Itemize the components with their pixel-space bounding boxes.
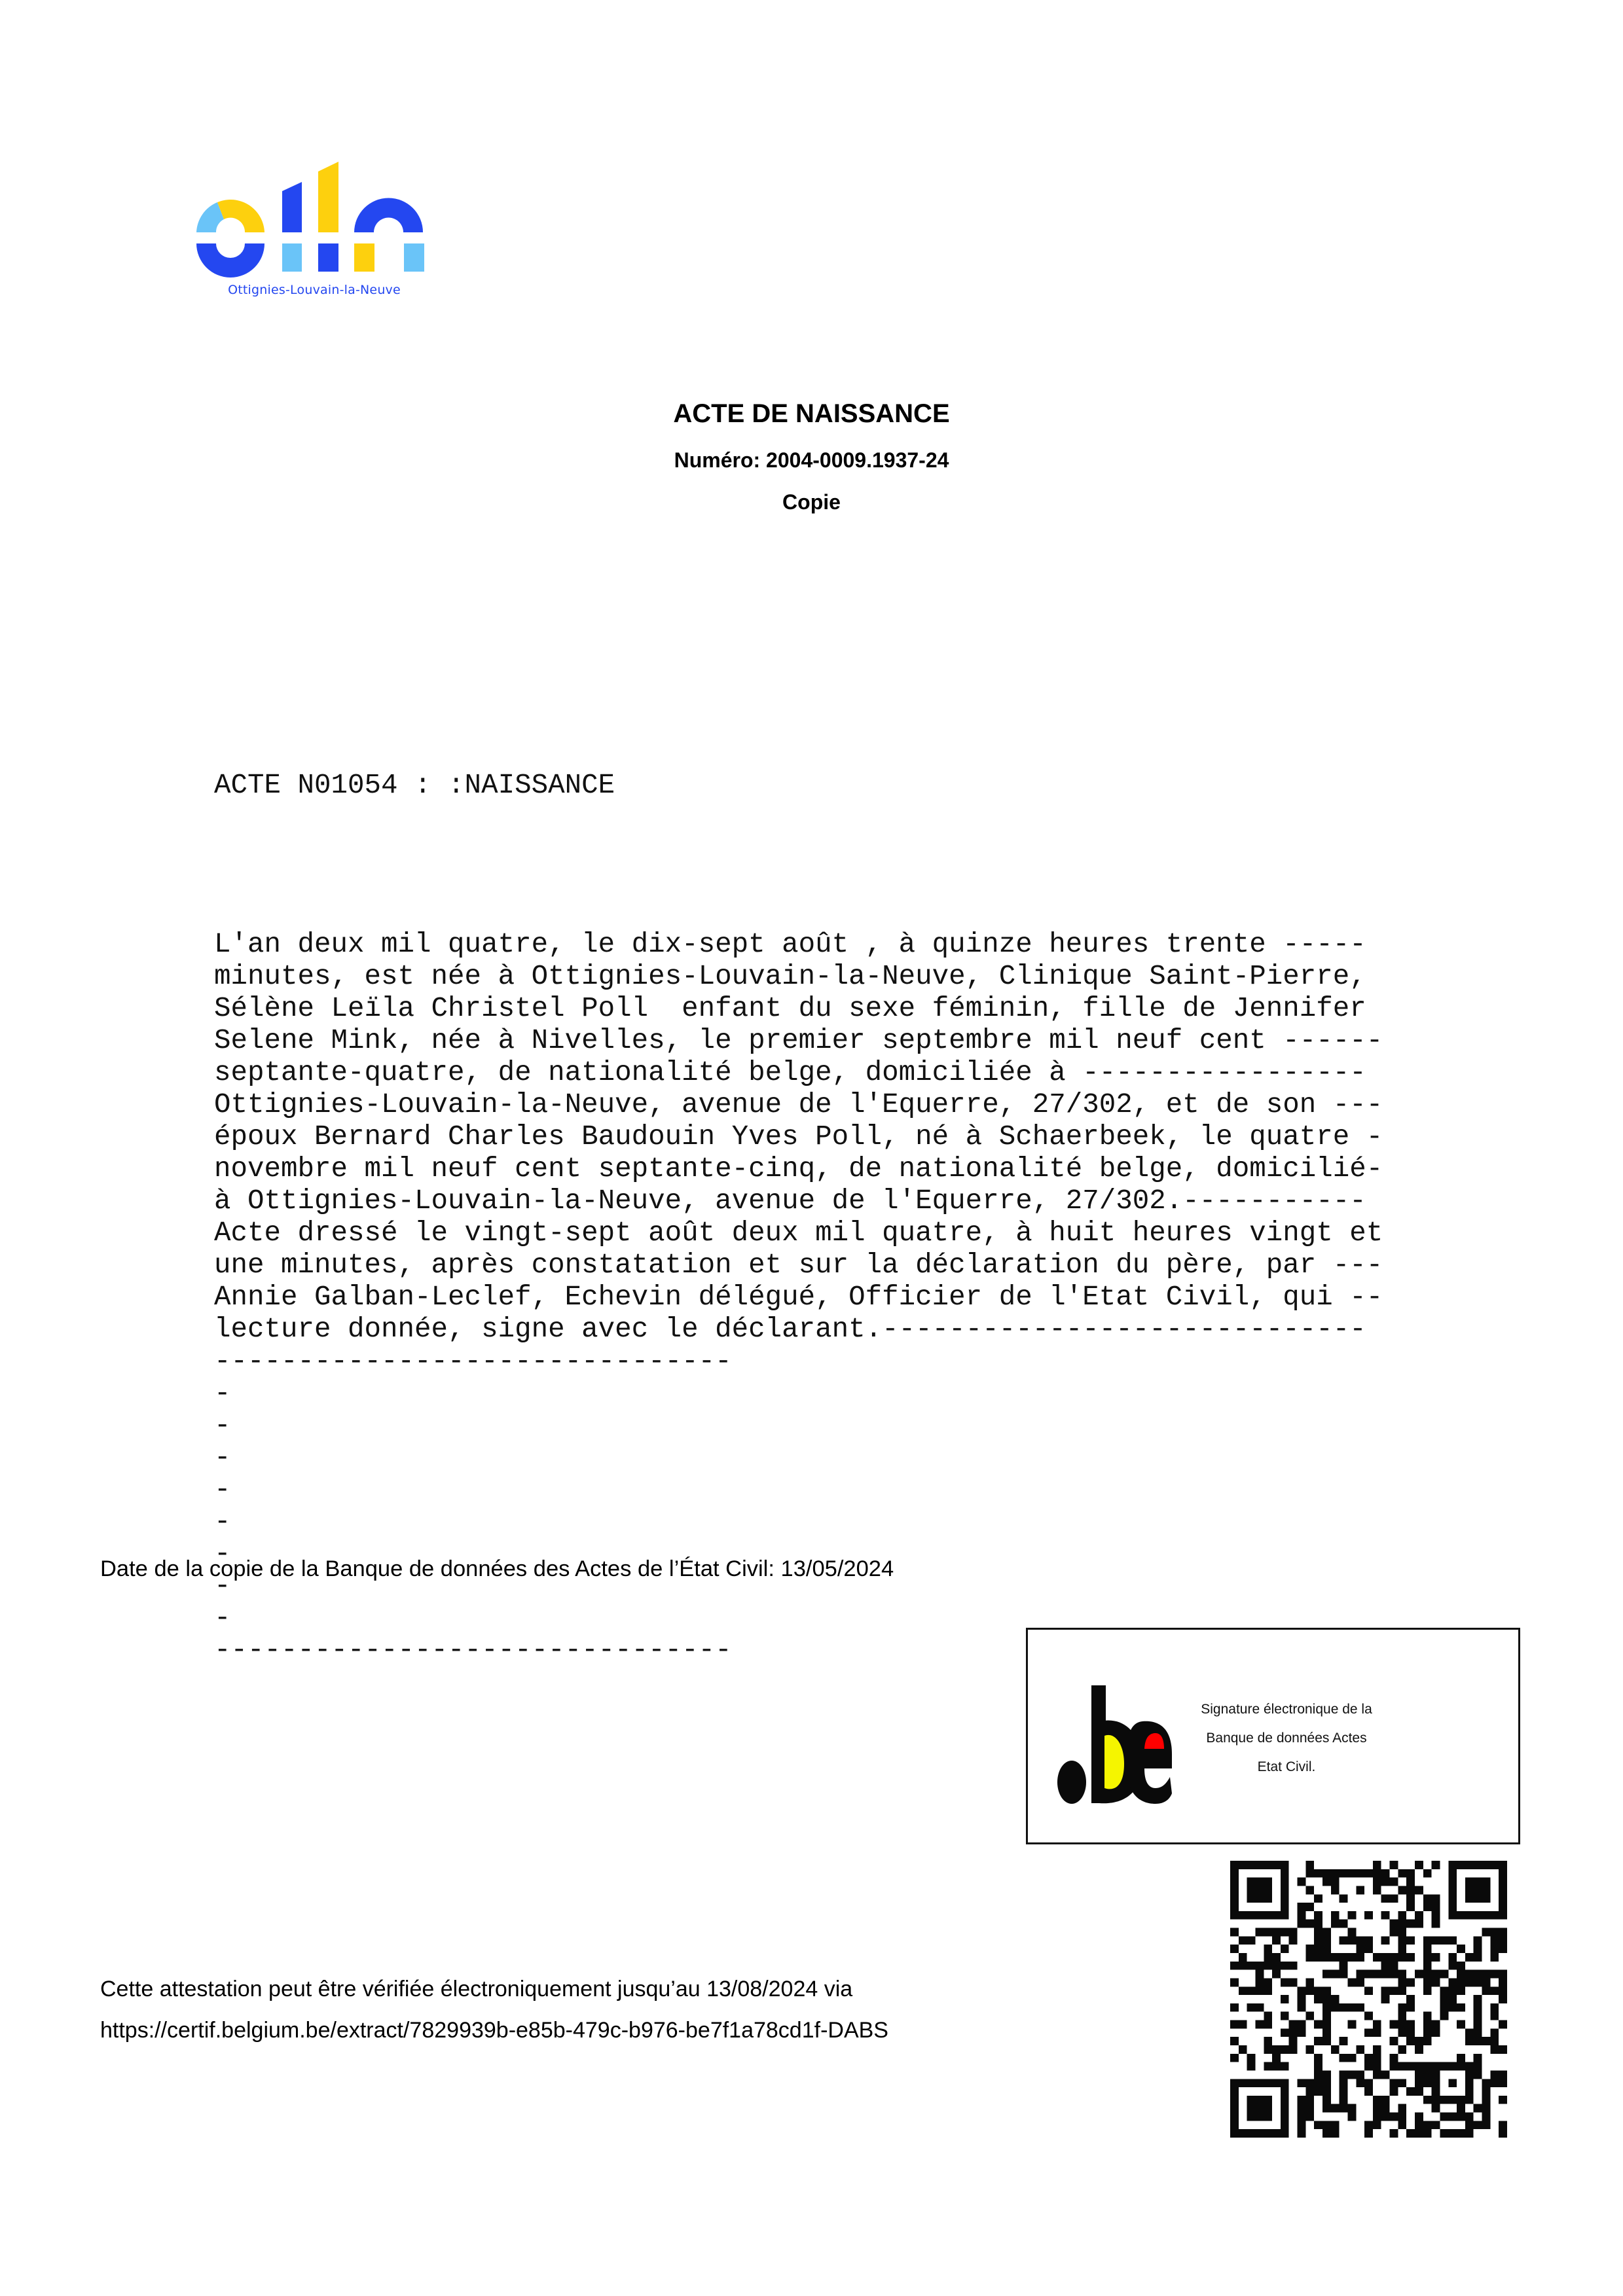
act-line: Sélène Leïla Christel Poll enfant du sex… — [214, 993, 1383, 1025]
act-line: Ottignies-Louvain-la-Neuve, avenue de l'… — [214, 1089, 1383, 1121]
copy-date-line: Date de la copie de la Banque de données… — [100, 1556, 894, 1582]
signature-caption-line: Signature électronique de la — [1185, 1695, 1388, 1724]
act-line: Acte dressé le vingt-sept août deux mil … — [214, 1217, 1383, 1249]
verification-text: Cette attestation peut être vérifiée éle… — [100, 1969, 888, 2010]
act-line: à Ottignies-Louvain-la-Neuve, avenue de … — [214, 1185, 1383, 1217]
act-line: novembre mil neuf cent septante-cinq, de… — [214, 1153, 1383, 1185]
signature-caption: Signature électronique de la Banque de d… — [1185, 1695, 1388, 1782]
act-line: ------------------------------- — [214, 1346, 1383, 1378]
act-line: - — [214, 1378, 1383, 1410]
act-text: ACTE N01054 : :NAISSANCE L'an deux mil q… — [214, 706, 1383, 1698]
qr-code-icon — [1230, 1861, 1507, 2138]
signature-caption-line: Etat Civil. — [1185, 1753, 1388, 1782]
act-header-line: ACTE N01054 : :NAISSANCE — [214, 770, 1383, 802]
qr-code[interactable] — [1230, 1861, 1507, 2138]
act-line: - — [214, 1442, 1383, 1474]
act-line: lecture donnée, signe avec le déclarant.… — [214, 1314, 1383, 1346]
logo-municipality-name: Ottignies-Louvain-la-Neuve — [190, 283, 439, 297]
electronic-signature-box: Signature électronique de la Banque de d… — [1026, 1628, 1520, 1844]
act-line: L'an deux mil quatre, le dix-sept août ,… — [214, 929, 1383, 961]
act-line: - — [214, 1410, 1383, 1442]
act-line: minutes, est née à Ottignies-Louvain-la-… — [214, 961, 1383, 993]
municipality-logo: Ottignies-Louvain-la-Neuve — [190, 157, 439, 308]
copy-label: Copie — [0, 490, 1623, 514]
act-line: Selene Mink, née à Nivelles, le premier … — [214, 1025, 1383, 1057]
act-line: - — [214, 1474, 1383, 1506]
act-line: époux Bernard Charles Baudouin Yves Poll… — [214, 1121, 1383, 1153]
document-number: Numéro: 2004-0009.1937-24 — [0, 448, 1623, 473]
act-line: une minutes, après constatation et sur l… — [214, 1249, 1383, 1282]
verification-notice: Cette attestation peut être vérifiée éle… — [100, 1969, 888, 2051]
act-line: - — [214, 1506, 1383, 1538]
act-line: Annie Galban-Leclef, Echevin délégué, Of… — [214, 1282, 1383, 1314]
document-title: ACTE DE NAISSANCE — [0, 399, 1623, 429]
verification-url[interactable]: https://certif.belgium.be/extract/782993… — [100, 2010, 888, 2051]
act-body: L'an deux mil quatre, le dix-sept août ,… — [214, 929, 1383, 1666]
be-logo-icon — [1057, 1676, 1175, 1806]
signature-caption-line: Banque de données Actes — [1185, 1724, 1388, 1753]
act-line: septante-quatre, de nationalité belge, d… — [214, 1057, 1383, 1089]
